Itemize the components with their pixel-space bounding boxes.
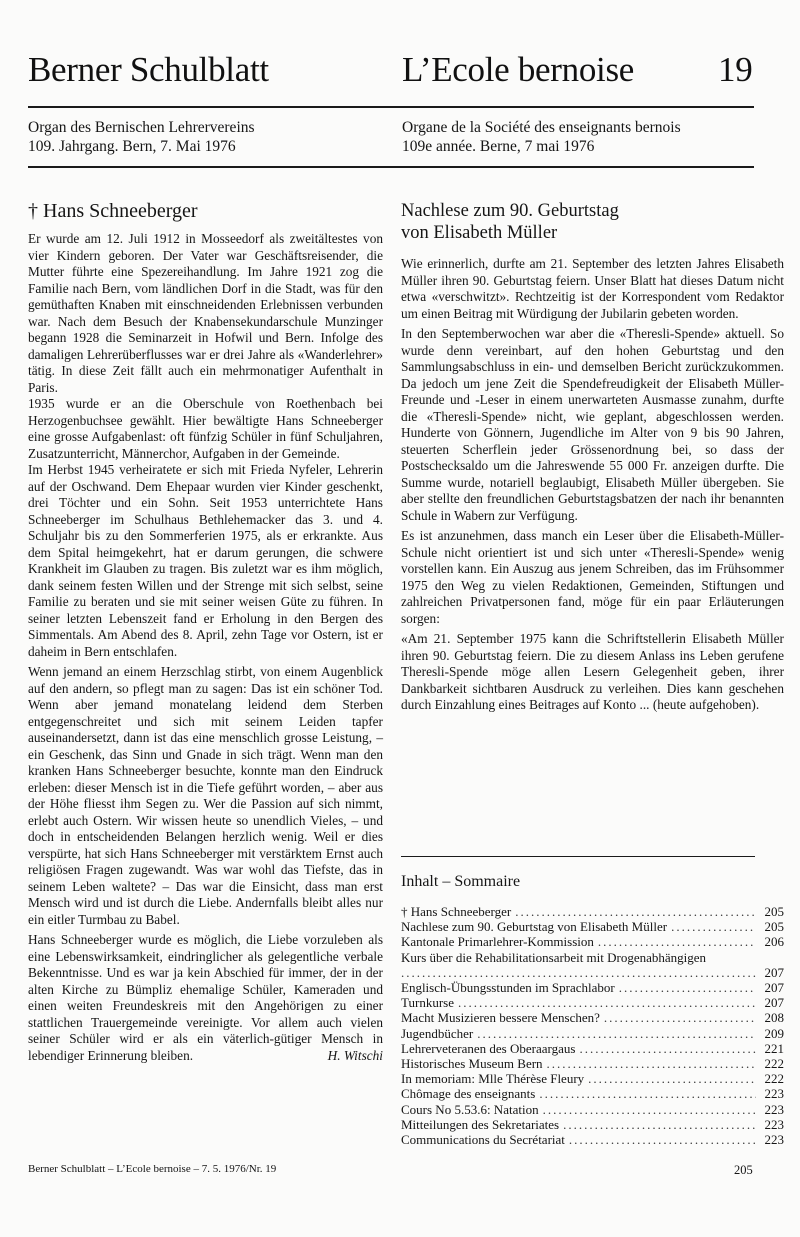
page-number: 205 bbox=[734, 1163, 753, 1178]
article-paragraph: Wie erinnerlich, durfte am 21. September… bbox=[401, 256, 784, 322]
author-signature: H. Witschi bbox=[328, 1048, 383, 1065]
article-quote: «Am 21. September 1975 kann die Schrifts… bbox=[401, 631, 784, 714]
masthead-title-fr: L’Ecole bernoise bbox=[402, 50, 634, 90]
toc-entry[interactable]: Lehrerveteranen des Oberaargaus221 bbox=[401, 1041, 784, 1056]
toc-entry[interactable]: Kurs über die Rehabilitationsarbeit mit … bbox=[401, 950, 784, 965]
article-title: Nachlese zum 90. Geburtstag von Elisabet… bbox=[401, 200, 784, 244]
toc-entry[interactable]: Kantonale Primarlehrer-Kommission206 bbox=[401, 934, 784, 949]
toc-entry[interactable]: Communications du Secrétariat223 bbox=[401, 1132, 784, 1147]
masthead-rule bbox=[28, 106, 754, 108]
article-paragraph: 1935 wurde er an die Oberschule von Roet… bbox=[28, 396, 383, 462]
toc-entry[interactable]: Jugendbücher209 bbox=[401, 1026, 784, 1041]
article-paragraph: In den Septemberwochen war aber die «The… bbox=[401, 326, 784, 524]
issue-number: 19 bbox=[718, 50, 752, 90]
toc-entry[interactable]: Mitteilungen des Sekretariates223 bbox=[401, 1117, 784, 1132]
article-paragraph: Er wurde am 12. Juli 1912 in Mosseedorf … bbox=[28, 231, 383, 396]
article-paragraph: Wenn jemand an einem Herzschlag stirbt, … bbox=[28, 664, 383, 928]
article-paragraph: Es ist anzunehmen, dass manch ein Leser … bbox=[401, 528, 784, 627]
toc-entry[interactable]: Macht Musizieren bessere Menschen?208 bbox=[401, 1010, 784, 1025]
toc-entry[interactable]: † Hans Schneeberger205 bbox=[401, 904, 784, 919]
article-title: † Hans Schneeberger bbox=[28, 200, 383, 223]
article-paragraph: Im Herbst 1945 verheiratete er sich mit … bbox=[28, 462, 383, 660]
subhead-fr-line2: 109e année. Berne, 7 mai 1976 bbox=[402, 137, 594, 156]
toc-entry[interactable]: Chômage des enseignants223 bbox=[401, 1086, 784, 1101]
toc-entry[interactable]: Englisch-Übungsstunden im Sprachlabor207 bbox=[401, 980, 784, 995]
subhead-de-line2: 109. Jahrgang. Bern, 7. Mai 1976 bbox=[28, 137, 236, 156]
article-hans-schneeberger: † Hans Schneeberger Er wurde am 12. Juli… bbox=[28, 200, 383, 1064]
footer-citation: Berner Schulblatt – L’Ecole bernoise – 7… bbox=[28, 1163, 276, 1175]
table-of-contents: Inhalt – Sommaire † Hans Schneeberger205… bbox=[401, 872, 784, 1147]
subhead-rule bbox=[28, 166, 754, 168]
toc-rule bbox=[401, 856, 755, 857]
subhead-de-line1: Organ des Bernischen Lehrervereins bbox=[28, 118, 255, 137]
subhead-fr-line1: Organe de la Société des enseignants ber… bbox=[402, 118, 681, 137]
article-elisabeth-mueller: Nachlese zum 90. Geburtstag von Elisabet… bbox=[401, 200, 784, 714]
article-paragraph: Hans Schneeberger wurde es möglich, die … bbox=[28, 932, 383, 1064]
masthead-title-de: Berner Schulblatt bbox=[28, 50, 269, 90]
toc-entry[interactable]: Turnkurse207 bbox=[401, 995, 784, 1010]
toc-entry[interactable]: Cours No 5.53.6: Natation223 bbox=[401, 1102, 784, 1117]
toc-title: Inhalt – Sommaire bbox=[401, 872, 784, 892]
toc-entry-continuation: 207 bbox=[401, 965, 784, 980]
toc-entry[interactable]: In memoriam: Mlle Thérèse Fleury222 bbox=[401, 1071, 784, 1086]
toc-entry[interactable]: Nachlese zum 90. Geburtstag von Elisabet… bbox=[401, 919, 784, 934]
toc-entry[interactable]: Historisches Museum Bern222 bbox=[401, 1056, 784, 1071]
